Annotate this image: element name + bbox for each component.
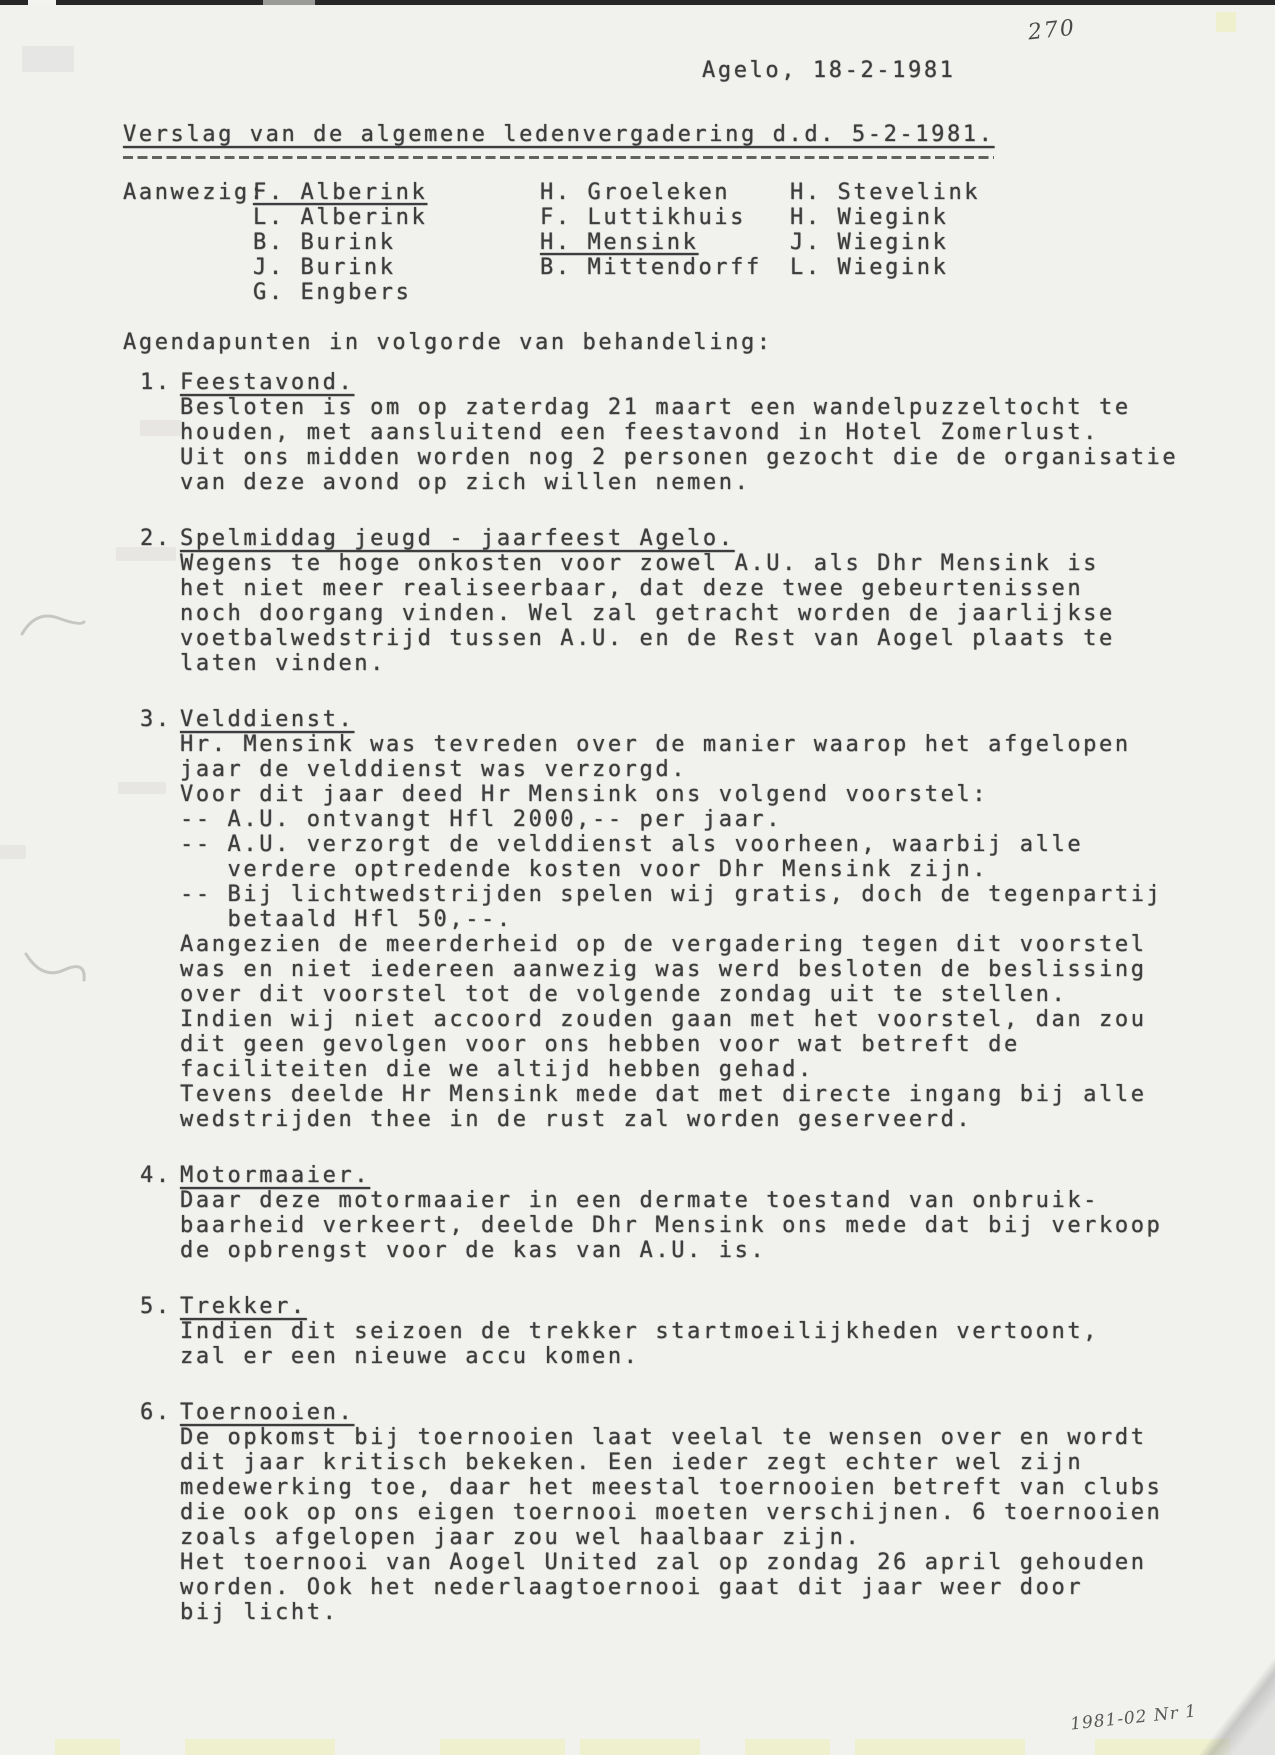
agenda-item-line: laten vinden. xyxy=(180,651,1235,676)
agenda-item-line: was en niet iedereen aanwezig was werd b… xyxy=(180,957,1235,982)
agenda-item-title: Motormaaier. xyxy=(180,1163,370,1188)
agenda-item-line: medewerking toe, daar het meestal toerno… xyxy=(180,1475,1235,1500)
agenda-item: 2.Spelmiddag jeugd - jaarfeest Agelo.Weg… xyxy=(140,526,1235,676)
agenda-item-line: wedstrijden thee in de rust zal worden g… xyxy=(180,1107,1235,1132)
agenda-item-line: -- A.U. ontvangt Hfl 2000,-- per jaar. xyxy=(180,807,1235,832)
highlight-mark xyxy=(55,1739,120,1755)
attendees-label: Aanwezig: xyxy=(123,180,253,305)
agenda-item-body: Feestavond.Besloten is om op zaterdag 21… xyxy=(180,370,1235,495)
agenda-item-line: dit jaar kritisch bekeken. Een ieder zeg… xyxy=(180,1450,1235,1475)
highlight-mark xyxy=(185,1739,335,1755)
agenda-item-body: Toernooien.De opkomst bij toernooien laa… xyxy=(180,1400,1235,1625)
agenda-item-title: Feestavond. xyxy=(180,370,354,395)
title-dashed-underline xyxy=(123,156,994,159)
attendee-name: G. Engbers xyxy=(253,280,540,305)
attendee-name: L. Alberink xyxy=(253,205,540,230)
attendee-column: H. StevelinkH. WieginkJ. WieginkL. Wiegi… xyxy=(790,180,1010,305)
agenda-item-line: Daar deze motormaaier in een dermate toe… xyxy=(180,1188,1235,1213)
agenda-item-line: Besloten is om op zaterdag 21 maart een … xyxy=(180,395,1235,420)
agenda-item-line: houden, met aansluitend een feestavond i… xyxy=(180,420,1235,445)
document-title-text: Verslag van de algemene ledenvergadering… xyxy=(123,122,994,147)
agenda-item-line: Aangezien de meerderheid op de vergaderi… xyxy=(180,932,1235,957)
pencil-mark xyxy=(16,592,90,654)
agenda-item-line: voetbalwedstrijd tussen A.U. en de Rest … xyxy=(180,626,1235,651)
handwritten-archive-note: 1981-02 Nr 1 xyxy=(1069,1699,1198,1737)
agenda-item-line: bij licht. xyxy=(180,1600,1235,1625)
scan-edge-gap xyxy=(263,0,315,5)
agenda-item-body: Spelmiddag jeugd - jaarfeest Agelo.Wegen… xyxy=(180,526,1235,676)
agenda-item-line: Indien wij niet accoord zouden gaan met … xyxy=(180,1007,1235,1032)
handwritten-page-number: 270 xyxy=(1027,16,1077,46)
agenda-item-line: -- Bij lichtwedstrijden spelen wij grati… xyxy=(180,882,1235,907)
agenda-intro: Agendapunten in volgorde van behandeling… xyxy=(123,330,773,355)
agenda-item-line: De opkomst bij toernooien laat veelal te… xyxy=(180,1425,1235,1450)
agenda-item-line: jaar de velddienst was verzorgd. xyxy=(180,757,1235,782)
attendee-column: H. GroelekenF. LuttikhuisH. MensinkB. Mi… xyxy=(540,180,790,305)
attendee-name: H. Wiegink xyxy=(790,205,1010,230)
agenda-item-body: Trekker.Indien dit seizoen de trekker st… xyxy=(180,1294,1235,1369)
highlight-mark xyxy=(855,1739,1025,1755)
agenda-item-number: 5. xyxy=(140,1294,172,1319)
pencil-mark xyxy=(20,938,90,996)
agenda-item-title: Spelmiddag jeugd - jaarfeest Agelo. xyxy=(180,526,735,551)
agenda-item-line: faciliteiten die we altijd hebben gehad. xyxy=(180,1057,1235,1082)
agenda-item: 5.Trekker.Indien dit seizoen de trekker … xyxy=(140,1294,1235,1369)
attendee-name: J. Wiegink xyxy=(790,230,1010,255)
agenda-item-line: zal er een nieuwe accu komen. xyxy=(180,1344,1235,1369)
agenda-item-title: Trekker. xyxy=(180,1294,307,1319)
agenda-item-line: Voor dit jaar deed Hr Mensink ons volgen… xyxy=(180,782,1235,807)
attendees-section: Aanwezig: F. AlberinkL. AlberinkB. Burin… xyxy=(123,180,1010,305)
agenda-item-number: 3. xyxy=(140,707,172,732)
agenda-item-line: zoals afgelopen jaar zou wel haalbaar zi… xyxy=(180,1525,1235,1550)
attendee-name: L. Wiegink xyxy=(790,255,1010,280)
attendee-column: F. AlberinkL. AlberinkB. BurinkJ. Burink… xyxy=(253,180,540,305)
attendee-name: H. Groeleken xyxy=(540,180,790,205)
agenda-item-line: betaald Hfl 50,--. xyxy=(180,907,1235,932)
agenda-list: 1.Feestavond.Besloten is om op zaterdag … xyxy=(140,370,1235,1656)
agenda-item-line: het niet meer realiseerbaar, dat deze tw… xyxy=(180,576,1235,601)
agenda-item-line: van deze avond op zich willen nemen. xyxy=(180,470,1235,495)
agenda-item-body: Motormaaier.Daar deze motormaaier in een… xyxy=(180,1163,1235,1263)
attendee-name: B. Burink xyxy=(253,230,540,255)
agenda-item-number: 4. xyxy=(140,1163,172,1188)
agenda-item-line: Wegens te hoge onkosten voor zowel A.U. … xyxy=(180,551,1235,576)
agenda-item-body: Velddienst.Hr. Mensink was tevreden over… xyxy=(180,707,1235,1132)
page-fold xyxy=(1189,1659,1275,1755)
agenda-item-line: baarheid verkeert, deelde Dhr Mensink on… xyxy=(180,1213,1235,1238)
agenda-item-line: worden. Ook het nederlaagtoernooi gaat d… xyxy=(180,1575,1235,1600)
agenda-item-line: die ook op ons eigen toernooi moeten ver… xyxy=(180,1500,1235,1525)
agenda-item-line: over dit voorstel tot de volgende zondag… xyxy=(180,982,1235,1007)
attendee-name: F. Luttikhuis xyxy=(540,205,790,230)
agenda-item-line: de opbrengst voor de kas van A.U. is. xyxy=(180,1238,1235,1263)
agenda-item-line: verdere optredende kosten voor Dhr Mensi… xyxy=(180,857,1235,882)
agenda-item-line: -- A.U. verzorgt de velddienst als voorh… xyxy=(180,832,1235,857)
attendee-name: B. Mittendorff xyxy=(540,255,790,280)
agenda-item: 3.Velddienst.Hr. Mensink was tevreden ov… xyxy=(140,707,1235,1132)
agenda-item-title: Velddienst. xyxy=(180,707,354,732)
attendee-name: F. Alberink xyxy=(253,180,540,205)
scan-smudge xyxy=(22,46,74,72)
document-title: Verslag van de algemene ledenvergadering… xyxy=(123,122,994,159)
scan-edge-artifact xyxy=(0,0,1275,5)
date-line: Agelo, 18-2-1981 xyxy=(702,58,956,83)
agenda-item-line: Indien dit seizoen de trekker startmoeil… xyxy=(180,1319,1235,1344)
agenda-item-title: Toernooien. xyxy=(180,1400,354,1425)
agenda-item-number: 1. xyxy=(140,370,172,395)
agenda-item-line: Uit ons midden worden nog 2 personen gez… xyxy=(180,445,1235,470)
attendee-name: J. Burink xyxy=(253,255,540,280)
highlight-mark xyxy=(440,1739,565,1755)
agenda-item-line: Hr. Mensink was tevreden over de manier … xyxy=(180,732,1235,757)
attendee-name: H. Stevelink xyxy=(790,180,1010,205)
agenda-item-line: Het toernooi van Aogel United zal op zon… xyxy=(180,1550,1235,1575)
agenda-item: 4.Motormaaier.Daar deze motormaaier in e… xyxy=(140,1163,1235,1263)
highlight-mark xyxy=(1216,12,1236,32)
agenda-item-line: dit geen gevolgen voor ons hebben voor w… xyxy=(180,1032,1235,1057)
agenda-item-number: 6. xyxy=(140,1400,172,1425)
attendees-columns: F. AlberinkL. AlberinkB. BurinkJ. Burink… xyxy=(253,180,1010,305)
highlight-mark xyxy=(580,1739,700,1755)
agenda-item-line: noch doorgang vinden. Wel zal getracht w… xyxy=(180,601,1235,626)
agenda-item-line: Tevens deelde Hr Mensink mede dat met di… xyxy=(180,1082,1235,1107)
agenda-item: 1.Feestavond.Besloten is om op zaterdag … xyxy=(140,370,1235,495)
agenda-item: 6.Toernooien.De opkomst bij toernooien l… xyxy=(140,1400,1235,1625)
agenda-item-number: 2. xyxy=(140,526,172,551)
attendee-name: H. Mensink xyxy=(540,230,790,255)
scanned-page: 270 1981-02 Nr 1 Agelo, 18-2-1981 Versla… xyxy=(0,0,1275,1755)
scan-edge-gap xyxy=(28,0,56,5)
highlight-mark xyxy=(745,1739,830,1755)
scan-smudge xyxy=(0,845,26,859)
